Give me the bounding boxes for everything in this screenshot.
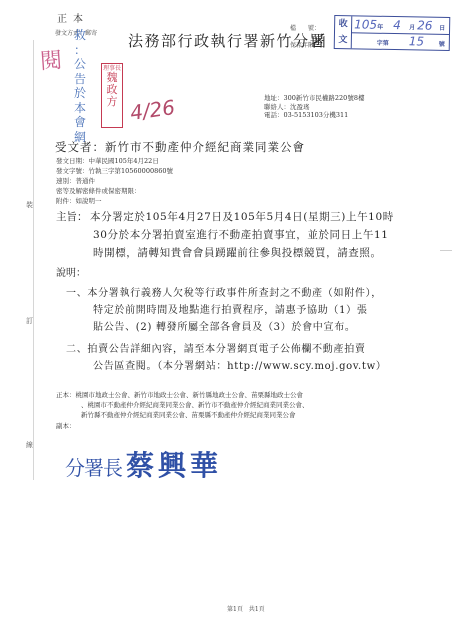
year-label: 年	[377, 22, 383, 31]
distribution-original: 新竹縣不動產仲介經紀商業同業公會、苗栗縣不動產仲介經紀商業同業公會	[81, 410, 296, 419]
issue-number: 發文字號：竹執三字第10560000860號	[56, 166, 173, 175]
explanation-label: 說明：	[56, 264, 86, 279]
receipt-stamp: 收 文 105 年 4 月 26 日 字第 15 號	[334, 15, 451, 51]
receipt-stamp-label: 收 文	[335, 16, 353, 48]
note-char: 於	[73, 86, 87, 101]
binding-line	[33, 40, 34, 480]
file-number-label: 檔 號：	[290, 23, 320, 32]
receipt-number-row: 字第 15 號	[351, 32, 449, 50]
binding-mark-ding: 訂	[26, 316, 33, 326]
receipt-month: 4	[393, 18, 401, 32]
contact-person: 聯絡人：沈盈瑤	[264, 103, 364, 112]
secrecy-level: 密等及解密條件或保密期限：	[56, 186, 141, 195]
binding-mark-xian: 線	[26, 440, 33, 450]
retention-label: 保存年限：	[290, 40, 320, 49]
receipt-day: 26	[417, 18, 433, 32]
month-label: 月	[409, 22, 415, 31]
binding-mark-zhuang: 裝	[26, 200, 33, 210]
explanation-item-2-line: 二、拍賣公告詳細內容，請至本分署網頁電子公佈欄不動產拍賣	[66, 340, 366, 355]
explanation-item-2-line: 公告區查閱。（本分署網站：http://www.scy.moj.gov.tw）	[93, 357, 387, 372]
blue-handwritten-note: 救 ： 公 告 於 本 會 網	[73, 28, 87, 144]
copy-label: 正本	[57, 10, 89, 25]
receipt-char-shou: 收	[335, 16, 351, 32]
number-label: 號	[439, 39, 445, 48]
phone: 電話：03-5153103分機311	[264, 111, 364, 120]
signature-name: 蔡興華	[126, 449, 222, 482]
chairman-seal: 理事長 魏 政 方	[101, 63, 123, 128]
note-char: ：	[73, 43, 87, 58]
day-label: 日	[439, 23, 445, 32]
distribution-original: 正本：桃園市地政士公會、新竹市地政士公會、新竹縣地政士公會、苗栗縣地政士公會	[56, 390, 303, 399]
speed-class: 速別：普通件	[56, 176, 95, 185]
seal-char: 方	[102, 96, 122, 108]
signature-stamp: 分署長蔡興華	[65, 444, 222, 484]
receipt-year: 105	[354, 17, 377, 31]
signature-title: 分署長	[65, 456, 122, 480]
explanation-item-1-line: 特定於前開時間及地點進行拍賣程序，請惠予協助（1）張	[93, 301, 368, 316]
note-char: 會	[73, 115, 87, 130]
receipt-number: 15	[409, 34, 425, 48]
issue-date: 發文日期：中華民國105年4月22日	[56, 156, 159, 165]
address: 地址：300新竹市民權路220號8樓	[264, 94, 364, 103]
edge-mark	[440, 250, 452, 251]
contact-block: 地址：300新竹市民權路220號8樓 聯絡人：沈盈瑤 電話：03-5153103…	[264, 94, 364, 120]
subject-line: 時開標，請轉知貴會會員踴躍前往參與投標競買，請查照。	[93, 245, 382, 260]
explanation-item-1-line: 貼公告、(2) 轉發所屬全部各會員及（3）於會中宣布。	[93, 318, 356, 333]
distribution-copy: 副本：	[56, 421, 76, 430]
zi-label: 字第	[377, 38, 389, 47]
note-char: 公	[73, 57, 87, 72]
page-number: 第1頁 共1頁	[227, 604, 265, 613]
subject-line: 本分署定於105年4月27日及105年5月4日(星期三)上午10時	[90, 209, 394, 224]
explanation-item-1-line: 一、本分署執行義務人欠稅等行政事件所查封之不動產（如附件），	[66, 284, 382, 299]
note-char: 告	[73, 72, 87, 87]
receipt-char-wen: 文	[335, 32, 351, 48]
recipient: 受文者：新竹市不動產仲介經紀商業同業公會	[55, 139, 305, 155]
subject-label: 主旨：	[56, 209, 88, 224]
handwritten-date: 4/26	[129, 95, 177, 125]
note-char: 本	[73, 101, 87, 116]
read-stamp: 閱	[39, 43, 63, 75]
attachment: 附件：如說明一	[56, 196, 102, 205]
note-char: 救	[73, 28, 87, 43]
subject-line: 30分於本分署拍賣室進行不動產拍賣事宜，並於同日上午11	[93, 227, 389, 242]
distribution-original: 、桃園市不動產仲介經紀商業同業公會、新竹市不動產仲介經紀商業同業公會、	[81, 400, 309, 409]
